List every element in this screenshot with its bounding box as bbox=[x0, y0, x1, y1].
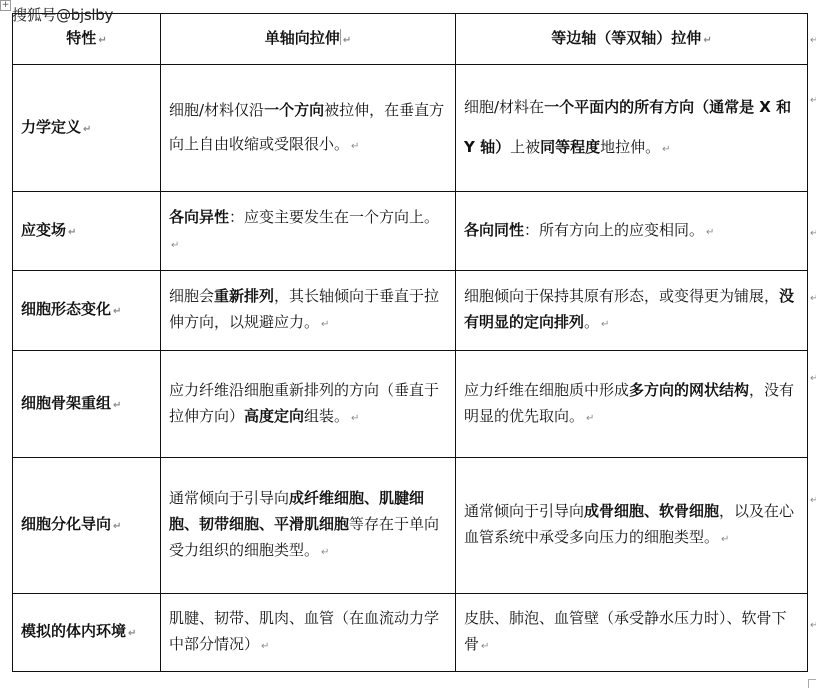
cell-text: 通常倾向于引导向 bbox=[464, 502, 584, 520]
cell-text: 皮肤、肺泡、血管壁（承受静水压力时）、软骨下骨 bbox=[464, 609, 787, 653]
cell-text: 组装。 bbox=[304, 407, 349, 425]
emphasis-text: 各向同性 bbox=[464, 221, 524, 239]
feature-cell: 力学定义↵ bbox=[13, 65, 161, 192]
paragraph-mark-icon: ↵ bbox=[343, 35, 351, 46]
feature-label: 应变场 bbox=[21, 221, 66, 239]
feature-label: 模拟的体内环境 bbox=[21, 622, 126, 640]
paragraph-mark-icon: ↵ bbox=[261, 641, 269, 652]
uniaxial-cell: 通常倾向于引导向成纤维细胞、肌腱细胞、韧带细胞、平滑肌细胞等存在于单向受力组织的… bbox=[161, 458, 456, 594]
cell-text: 细胞倾向于保持其原有形态，或变得更为铺展， bbox=[464, 287, 779, 305]
feature-cell: 应变场↵ bbox=[13, 192, 161, 271]
cell-text: 肌腱、韧带、肌肉、血管（在血流动力学中部分情况） bbox=[169, 609, 439, 653]
paragraph-mark-icon: ↵ bbox=[586, 413, 594, 424]
paragraph-mark-icon: ↵ bbox=[351, 141, 359, 152]
paragraph-mark-icon: ↵ bbox=[321, 547, 329, 558]
row-end-mark-icon: ↵ bbox=[810, 620, 816, 631]
uniaxial-cell: 细胞会重新排列，其长轴倾向于垂直于拉伸方向，以规避应力。↵ bbox=[161, 271, 456, 351]
header-uniaxial: 单轴向拉伸↵ bbox=[161, 14, 456, 65]
feature-label: 细胞骨架重组 bbox=[21, 394, 111, 412]
emphasis-text: 高度定向 bbox=[244, 407, 304, 425]
paragraph-mark-icon: ↵ bbox=[113, 400, 121, 411]
cell-text: ：所有方向上的应变相同。 bbox=[524, 221, 704, 239]
table-row: 模拟的体内环境↵肌腱、韧带、肌肉、血管（在血流动力学中部分情况）↵皮肤、肺泡、血… bbox=[13, 594, 808, 672]
cell-text: 细胞/材料仅沿 bbox=[169, 101, 264, 119]
emphasis-text: 多方向的网状结构 bbox=[629, 381, 749, 399]
equibiaxial-cell: 应力纤维在细胞质中形成多方向的网状结构，没有明显的优先取向。↵ bbox=[456, 351, 808, 458]
uniaxial-cell: 肌腱、韧带、肌肉、血管（在血流动力学中部分情况）↵ bbox=[161, 594, 456, 672]
cell-text: 上被 bbox=[510, 138, 540, 156]
cell-text: 细胞/材料在 bbox=[464, 98, 544, 116]
emphasis-text: 同等程度 bbox=[540, 138, 600, 156]
paragraph-mark-icon: ↵ bbox=[128, 628, 136, 639]
text-cursor bbox=[340, 29, 341, 45]
paragraph-mark-icon: ↵ bbox=[321, 319, 329, 330]
feature-label: 力学定义 bbox=[21, 118, 81, 136]
header-equibiaxial: 等边轴（等双轴）拉伸↵ bbox=[456, 14, 808, 65]
cell-text: 。 bbox=[584, 313, 599, 331]
paragraph-mark-icon: ↵ bbox=[706, 227, 714, 238]
paragraph-mark-icon: ↵ bbox=[98, 35, 106, 46]
feature-cell: 细胞骨架重组↵ bbox=[13, 351, 161, 458]
row-end-mark-icon: ↵ bbox=[810, 95, 816, 106]
table-row: 细胞骨架重组↵应力纤维沿细胞重新排列的方向（垂直于拉伸方向）高度定向组装。↵应力… bbox=[13, 351, 808, 458]
cell-text: 应力纤维在细胞质中形成 bbox=[464, 381, 629, 399]
emphasis-text: 重新排列 bbox=[214, 287, 274, 305]
watermark: 搜狐号@bjslby bbox=[12, 4, 113, 25]
paragraph-mark-icon: ↵ bbox=[113, 306, 121, 317]
emphasis-text: 一个方向 bbox=[264, 101, 324, 119]
table-row: 应变场↵各向异性：应变主要发生在一个方向上。↵各向同性：所有方向上的应变相同。↵ bbox=[13, 192, 808, 271]
table-move-handle-icon[interactable]: + bbox=[0, 0, 11, 11]
emphasis-text: 成骨细胞、软骨细胞 bbox=[584, 502, 719, 520]
table-row: 力学定义↵细胞/材料仅沿一个方向被拉伸，在垂直方向上自由收缩或受限很小。↵细胞/… bbox=[13, 65, 808, 192]
uniaxial-cell: 应力纤维沿细胞重新排列的方向（垂直于拉伸方向）高度定向组装。↵ bbox=[161, 351, 456, 458]
table-row: 细胞分化导向↵通常倾向于引导向成纤维细胞、肌腱细胞、韧带细胞、平滑肌细胞等存在于… bbox=[13, 458, 808, 594]
uniaxial-cell: 细胞/材料仅沿一个方向被拉伸，在垂直方向上自由收缩或受限很小。↵ bbox=[161, 65, 456, 192]
row-end-mark-icon: ↵ bbox=[810, 373, 816, 384]
uniaxial-cell: 各向异性：应变主要发生在一个方向上。↵ bbox=[161, 192, 456, 271]
cell-text: 地拉伸。 bbox=[600, 138, 660, 156]
table-row: 细胞形态变化↵细胞会重新排列，其长轴倾向于垂直于拉伸方向，以规避应力。↵细胞倾向… bbox=[13, 271, 808, 351]
paragraph-mark-icon: ↵ bbox=[171, 240, 179, 251]
table-resize-handle[interactable] bbox=[808, 679, 816, 688]
cell-text: 通常倾向于引导向 bbox=[169, 489, 289, 507]
paragraph-mark-icon: ↵ bbox=[481, 641, 489, 652]
row-end-mark-icon: ↵ bbox=[810, 495, 816, 506]
feature-cell: 细胞形态变化↵ bbox=[13, 271, 161, 351]
equibiaxial-cell: 细胞/材料在一个平面内的所有方向（通常是 X 和 Y 轴）上被同等程度地拉伸。↵ bbox=[456, 65, 808, 192]
header-row: 特性↵ 单轴向拉伸↵ 等边轴（等双轴）拉伸↵ bbox=[13, 14, 808, 65]
paragraph-mark-icon: ↵ bbox=[601, 319, 609, 330]
equibiaxial-cell: 通常倾向于引导向成骨细胞、软骨细胞，以及在心血管系统中承受多向压力的细胞类型。↵ bbox=[456, 458, 808, 594]
feature-cell: 细胞分化导向↵ bbox=[13, 458, 161, 594]
row-end-mark-icon: ↵ bbox=[810, 228, 816, 239]
comparison-table: 特性↵ 单轴向拉伸↵ 等边轴（等双轴）拉伸↵ 力学定义↵细胞/材料仅沿一个方向被… bbox=[12, 13, 808, 672]
equibiaxial-cell: 皮肤、肺泡、血管壁（承受静水压力时）、软骨下骨↵ bbox=[456, 594, 808, 672]
cell-text: 细胞会 bbox=[169, 287, 214, 305]
feature-cell: 模拟的体内环境↵ bbox=[13, 594, 161, 672]
feature-label: 细胞形态变化 bbox=[21, 300, 111, 318]
paragraph-mark-icon: ↵ bbox=[662, 144, 670, 155]
equibiaxial-cell: 各向同性：所有方向上的应变相同。↵ bbox=[456, 192, 808, 271]
paragraph-mark-icon: ↵ bbox=[83, 124, 91, 135]
paragraph-mark-icon: ↵ bbox=[351, 413, 359, 424]
paragraph-mark-icon: ↵ bbox=[703, 35, 711, 46]
paragraph-mark-icon: ↵ bbox=[68, 227, 76, 238]
paragraph-mark-icon: ↵ bbox=[721, 534, 729, 545]
row-end-mark-icon: ↵ bbox=[810, 293, 816, 304]
emphasis-text: 各向异性 bbox=[169, 208, 229, 226]
feature-label: 细胞分化导向 bbox=[21, 515, 111, 533]
equibiaxial-cell: 细胞倾向于保持其原有形态，或变得更为铺展，没有明显的定向排列。↵ bbox=[456, 271, 808, 351]
paragraph-mark-icon: ↵ bbox=[113, 521, 121, 532]
row-end-mark-icon: ↵ bbox=[810, 35, 816, 46]
cell-text: ：应变主要发生在一个方向上。 bbox=[229, 208, 439, 226]
